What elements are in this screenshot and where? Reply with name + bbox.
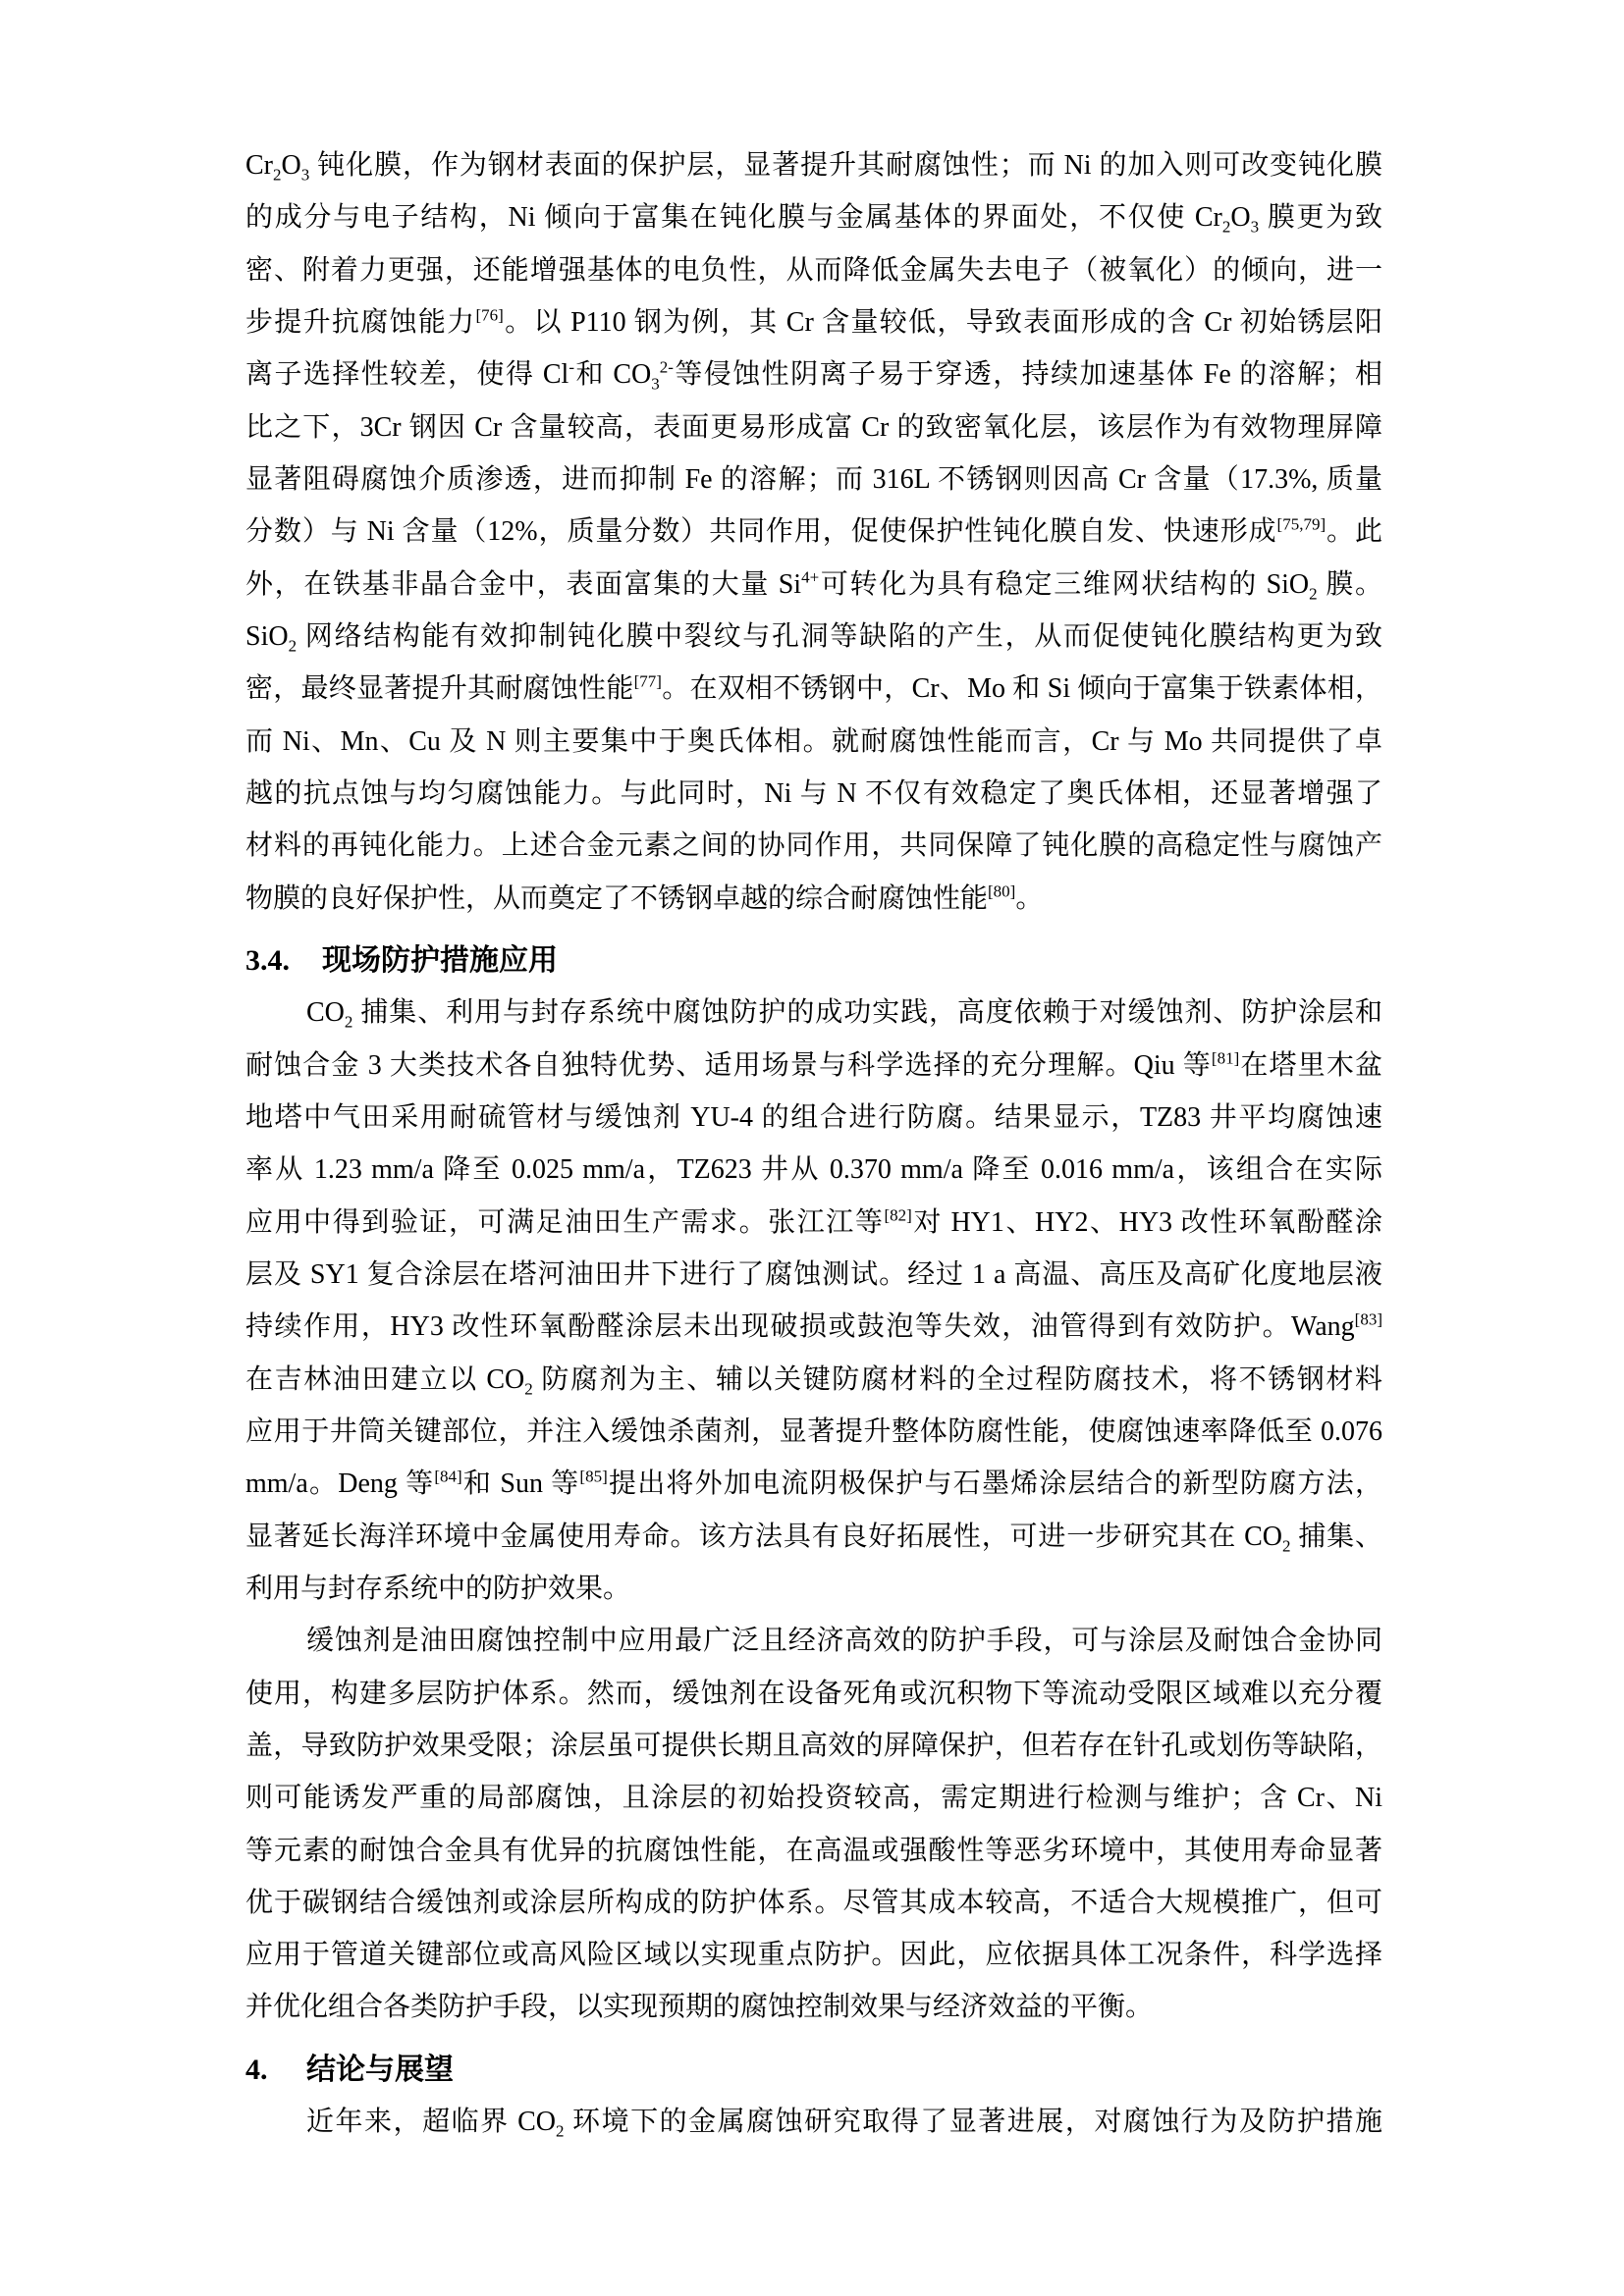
text-line: mm/a。Deng 等[84]和 Sun 等[85]提出将外加电流阴极保护与石墨…: [245, 1458, 1382, 1510]
text-line: 优于碳钢结合缓蚀剂或涂层所构成的防护体系。尽管其成本较高，不适合大规模推广，但可: [245, 1877, 1382, 1929]
text-segment: 物膜的良好保护性，从而奠定了不锈钢卓越的综合耐腐蚀性能: [245, 883, 988, 914]
text-line: 耐蚀合金 3 大类技术各自独特优势、适用场景与科学选择的充分理解。Qiu 等[8…: [245, 1040, 1382, 1092]
text-segment: 在塔里木盆: [1239, 1050, 1382, 1081]
text-line: 使用，构建多层防护体系。然而，缓蚀剂在设备死角或沉积物下等流动受限区域难以充分覆: [245, 1668, 1382, 1720]
text-segment: O: [282, 150, 301, 181]
text-segment: Cr: [245, 150, 273, 181]
text-segment: 。: [1015, 883, 1043, 914]
text-segment: 近年来，超临界 CO: [306, 2107, 556, 2137]
text-segment: 在吉林油田建立以 CO: [245, 1364, 524, 1395]
subscript: 2: [273, 166, 282, 185]
text-line: 离子选择性较差，使得 Cl-和 CO32-等侵蚀性阴离子易于穿透，持续加速基体 …: [245, 348, 1382, 400]
heading-number: 3.4.: [245, 934, 322, 987]
text-segment: 对 HY1、HY2、HY3 改性环氧酚醛涂: [912, 1207, 1382, 1238]
text-line: 应用于井筒关键部位，并注入缓蚀杀菌剂，显著提升整体防腐性能，使腐蚀速率降低至 0…: [245, 1406, 1382, 1458]
subscript: 3: [301, 166, 310, 185]
paragraph-conclusion-intro: 近年来，超临界 CO2 环境下的金属腐蚀研究取得了显著进展，对腐蚀行为及防护措施: [245, 2096, 1382, 2148]
section-heading-3-4: 3.4.现场防护措施应用: [245, 934, 1382, 987]
text-segment: 外，在铁基非晶合金中，表面富集的大量 Si: [245, 569, 801, 600]
text-segment: CO: [306, 997, 345, 1028]
subscript: 2: [556, 2122, 565, 2141]
text-segment: 。此: [1326, 516, 1382, 547]
text-line: Cr2O3 钝化膜，作为钢材表面的保护层，显著提升其耐腐蚀性；而 Ni 的加入则…: [245, 139, 1382, 191]
text-segment: 膜。: [1318, 569, 1382, 600]
heading-title: 结论与展望: [306, 2054, 454, 2086]
subscript: 3: [651, 375, 660, 394]
text-line: 则可能诱发严重的局部腐蚀，且涂层的初始投资较高，需定期进行检测与维护；含 Cr、…: [245, 1772, 1382, 1824]
text-segment: 利用与封存系统中的防护效果。: [245, 1574, 630, 1604]
text-line: CO2 捕集、利用与封存系统中腐蚀防护的成功实践，高度依赖于对缓蚀剂、防护涂层和: [245, 987, 1382, 1039]
text-line: 在吉林油田建立以 CO2 防腐剂为主、辅以关键防腐材料的全过程防腐技术，将不锈钢…: [245, 1354, 1382, 1406]
text-line: 物膜的良好保护性，从而奠定了不锈钢卓越的综合耐腐蚀性能[80]。: [245, 873, 1382, 925]
page-content: Cr2O3 钝化膜，作为钢材表面的保护层，显著提升其耐腐蚀性；而 Ni 的加入则…: [245, 139, 1382, 2148]
text-segment: 等元素的耐蚀合金具有优异的抗腐蚀性能，在高温或强酸性等恶劣环境中，其使用寿命显著: [245, 1836, 1382, 1866]
text-line: 密、附着力更强，还能增强基体的电负性，从而降低金属失去电子（被氧化）的倾向，进一: [245, 244, 1382, 296]
text-line: 近年来，超临界 CO2 环境下的金属腐蚀研究取得了显著进展，对腐蚀行为及防护措施: [245, 2096, 1382, 2148]
superscript: [85]: [579, 1468, 607, 1486]
subscript: 3: [1251, 218, 1260, 237]
superscript: [76]: [476, 306, 504, 325]
text-segment: 密，最终显著提升其耐腐蚀性能: [245, 673, 634, 704]
text-segment: 等侵蚀性阴离子易于穿透，持续加速基体 Fe 的溶解；相: [674, 359, 1382, 390]
superscript: [82]: [884, 1205, 911, 1224]
text-segment: 的成分与电子结构，Ni 倾向于富集在钝化膜与金属基体的界面处，不仅使 Cr: [245, 202, 1222, 233]
subscript: 2: [1309, 584, 1318, 603]
superscript: [81]: [1212, 1048, 1239, 1067]
text-segment: 提出将外加电流阴极保护与石墨烯涂层结合的新型防腐方法，: [608, 1468, 1382, 1499]
text-segment: O: [1230, 202, 1250, 233]
superscript: 4+: [801, 567, 819, 586]
text-segment: mm/a。Deng 等: [245, 1468, 434, 1499]
text-segment: 显著延长海洋环境中金属使用寿命。该方法具有良好拓展性，可进一步研究其在 CO: [245, 1522, 1282, 1552]
text-segment: 优于碳钢结合缓蚀剂或涂层所构成的防护体系。尽管其成本较高，不适合大规模推广，但可: [245, 1888, 1382, 1918]
text-line: 比之下，3Cr 钢因 Cr 含量较高，表面更易形成富 Cr 的致密氧化层，该层作…: [245, 401, 1382, 454]
text-segment: 密、附着力更强，还能增强基体的电负性，从而降低金属失去电子（被氧化）的倾向，进一: [245, 255, 1382, 286]
text-segment: 和 Sun 等: [462, 1468, 580, 1499]
text-segment: 材料的再钝化能力。上述合金元素之间的协同作用，共同保障了钝化膜的高稳定性与腐蚀产: [245, 830, 1382, 861]
text-line: 步提升抗腐蚀能力[76]。以 P110 钢为例，其 Cr 含量较低，导致表面形成…: [245, 296, 1382, 348]
text-line: SiO2 网络结构能有效抑制钝化膜中裂纹与孔洞等缺陷的产生，从而促使钝化膜结构更…: [245, 611, 1382, 663]
text-segment: 使用，构建多层防护体系。然而，缓蚀剂在设备死角或沉积物下等流动受限区域难以充分覆: [245, 1679, 1382, 1709]
text-segment: 应用中得到验证，可满足油田生产需求。张江江等: [245, 1207, 884, 1238]
text-line: 应用于管道关键部位或高风险区域以实现重点防护。因此，应依据具体工况条件，科学选择: [245, 1929, 1382, 1981]
text-segment: 层及 SY1 复合涂层在塔河油田井下进行了腐蚀测试。经过 1 a 高温、高压及高…: [245, 1259, 1382, 1290]
superscript: [75,79]: [1277, 515, 1326, 534]
text-line: 材料的再钝化能力。上述合金元素之间的协同作用，共同保障了钝化膜的高稳定性与腐蚀产: [245, 820, 1382, 872]
text-segment: 网络结构能有效抑制钝化膜中裂纹与孔洞等缺陷的产生，从而促使钝化膜结构更为致: [297, 621, 1382, 652]
superscript: [80]: [988, 881, 1015, 900]
subscript: 2: [524, 1379, 533, 1398]
text-segment: 。以 P110 钢为例，其 Cr 含量较低，导致表面形成的含 Cr 初始锈层阳: [504, 307, 1382, 338]
text-segment: 越的抗点蚀与均匀腐蚀能力。与此同时，Ni 与 N 不仅有效稳定了奥氏体相，还显著…: [245, 778, 1382, 809]
text-segment: 钝化膜，作为钢材表面的保护层，显著提升其耐腐蚀性；而 Ni 的加入则可改变钝化膜: [309, 150, 1382, 181]
text-segment: 可转化为具有稳定三维网状结构的 SiO: [819, 569, 1309, 600]
text-line: 应用中得到验证，可满足油田生产需求。张江江等[82]对 HY1、HY2、HY3 …: [245, 1197, 1382, 1249]
text-segment: 。在双相不锈钢中，Cr、Mo 和 Si 倾向于富集于铁素体相，: [662, 673, 1382, 704]
superscript: 2-: [660, 358, 674, 377]
text-segment: 持续作用，HY3 改性环氧酚醛涂层未出现破损或鼓泡等失效，油管得到有效防护。Wa…: [245, 1311, 1355, 1342]
text-segment: 而 Ni、Mn、Cu 及 N 则主要集中于奥氏体相。就耐腐蚀性能而言，Cr 与 …: [245, 726, 1382, 757]
text-segment: 缓蚀剂是油田腐蚀控制中应用最广泛且经济高效的防护手段，可与涂层及耐蚀合金协同: [306, 1626, 1382, 1656]
text-line: 层及 SY1 复合涂层在塔河油田井下进行了腐蚀测试。经过 1 a 高温、高压及高…: [245, 1249, 1382, 1301]
text-line: 地塔中气田采用耐硫管材与缓蚀剂 YU-4 的组合进行防腐。结果显示，TZ83 井…: [245, 1092, 1382, 1144]
superscript: [84]: [434, 1468, 461, 1486]
text-segment: 捕集、利用与封存系统中腐蚀防护的成功实践，高度依赖于对缓蚀剂、防护涂层和: [352, 997, 1382, 1028]
text-segment: 地塔中气田采用耐硫管材与缓蚀剂 YU-4 的组合进行防腐。结果显示，TZ83 井…: [245, 1102, 1382, 1133]
text-segment: 盖，导致防护效果受限；涂层虽可提供长期且高效的屏障保护，但若存在针孔或划伤等缺陷…: [245, 1731, 1382, 1761]
superscript: [83]: [1355, 1310, 1382, 1329]
text-line: 缓蚀剂是油田腐蚀控制中应用最广泛且经济高效的防护手段，可与涂层及耐蚀合金协同: [245, 1615, 1382, 1667]
text-segment: 并优化组合各类防护手段，以实现预期的腐蚀控制效果与经济效益的平衡。: [245, 1992, 1153, 2022]
text-segment: 膜更为致: [1259, 202, 1382, 233]
text-segment: 分数）与 Ni 含量（12%，质量分数）共同作用，促使保护性钝化膜自发、快速形成: [245, 516, 1277, 547]
text-line: 的成分与电子结构，Ni 倾向于富集在钝化膜与金属基体的界面处，不仅使 Cr2O3…: [245, 191, 1382, 243]
text-line: 率从 1.23 mm/a 降至 0.025 mm/a，TZ623 井从 0.37…: [245, 1144, 1382, 1196]
text-segment: 应用于井筒关键部位，并注入缓蚀杀菌剂，显著提升整体防腐性能，使腐蚀速率降低至 0…: [245, 1416, 1382, 1447]
text-segment: 应用于管道关键部位或高风险区域以实现重点防护。因此，应依据具体工况条件，科学选择: [245, 1940, 1382, 1970]
paragraph-alloying-elements: Cr2O3 钝化膜，作为钢材表面的保护层，显著提升其耐腐蚀性；而 Ni 的加入则…: [245, 139, 1382, 925]
heading-number: 4.: [245, 2044, 306, 2096]
text-segment: 率从 1.23 mm/a 降至 0.025 mm/a，TZ623 井从 0.37…: [245, 1154, 1382, 1185]
paragraph-field-protection-practice: CO2 捕集、利用与封存系统中腐蚀防护的成功实践，高度依赖于对缓蚀剂、防护涂层和…: [245, 987, 1382, 1615]
text-segment: 环境下的金属腐蚀研究取得了显著进展，对腐蚀行为及防护措施: [565, 2107, 1382, 2137]
text-line: 而 Ni、Mn、Cu 及 N 则主要集中于奥氏体相。就耐腐蚀性能而言，Cr 与 …: [245, 716, 1382, 768]
text-segment: 显著阻碍腐蚀介质渗透，进而抑制 Fe 的溶解；而 316L 不锈钢则因高 Cr …: [245, 464, 1382, 495]
text-line: 密，最终显著提升其耐腐蚀性能[77]。在双相不锈钢中，Cr、Mo 和 Si 倾向…: [245, 663, 1382, 715]
text-segment: 捕集、: [1290, 1522, 1382, 1552]
text-segment: 和 CO: [574, 359, 651, 390]
text-line: 并优化组合各类防护手段，以实现预期的腐蚀控制效果与经济效益的平衡。: [245, 1981, 1382, 2033]
text-line: 等元素的耐蚀合金具有优异的抗腐蚀性能，在高温或强酸性等恶劣环境中，其使用寿命显著: [245, 1825, 1382, 1877]
heading-title: 现场防护措施应用: [322, 944, 558, 977]
superscript: [77]: [634, 672, 662, 691]
text-line: 显著阻碍腐蚀介质渗透，进而抑制 Fe 的溶解；而 316L 不锈钢则因高 Cr …: [245, 454, 1382, 506]
text-segment: 比之下，3Cr 钢因 Cr 含量较高，表面更易形成富 Cr 的致密氧化层，该层作…: [245, 412, 1382, 443]
text-segment: 离子选择性较差，使得 Cl: [245, 359, 568, 390]
section-heading-4: 4.结论与展望: [245, 2044, 1382, 2096]
text-segment: 防腐剂为主、辅以关键防腐材料的全过程防腐技术，将不锈钢材料: [533, 1364, 1382, 1395]
text-line: 显著延长海洋环境中金属使用寿命。该方法具有良好拓展性，可进一步研究其在 CO2 …: [245, 1511, 1382, 1563]
text-segment: 耐蚀合金 3 大类技术各自独特优势、适用场景与科学选择的充分理解。Qiu 等: [245, 1050, 1212, 1081]
text-line: 越的抗点蚀与均匀腐蚀能力。与此同时，Ni 与 N 不仅有效稳定了奥氏体相，还显著…: [245, 768, 1382, 820]
text-line: 盖，导致防护效果受限；涂层虽可提供长期且高效的屏障保护，但若存在针孔或划伤等缺陷…: [245, 1720, 1382, 1772]
subscript: 2: [289, 637, 298, 656]
text-segment: SiO: [245, 621, 289, 652]
text-line: 利用与封存系统中的防护效果。: [245, 1563, 1382, 1615]
text-line: 外，在铁基非晶合金中，表面富集的大量 Si4+可转化为具有稳定三维网状结构的 S…: [245, 559, 1382, 611]
text-segment: 步提升抗腐蚀能力: [245, 307, 476, 338]
paragraph-protection-methods-comparison: 缓蚀剂是油田腐蚀控制中应用最广泛且经济高效的防护手段，可与涂层及耐蚀合金协同使用…: [245, 1615, 1382, 2034]
text-line: 持续作用，HY3 改性环氧酚醛涂层未出现破损或鼓泡等失效，油管得到有效防护。Wa…: [245, 1301, 1382, 1353]
document-page: Cr2O3 钝化膜，作为钢材表面的保护层，显著提升其耐腐蚀性；而 Ni 的加入则…: [0, 0, 1624, 2296]
text-segment: 则可能诱发严重的局部腐蚀，且涂层的初始投资较高，需定期进行检测与维护；含 Cr、…: [245, 1783, 1382, 1813]
text-line: 分数）与 Ni 含量（12%，质量分数）共同作用，促使保护性钝化膜自发、快速形成…: [245, 506, 1382, 558]
